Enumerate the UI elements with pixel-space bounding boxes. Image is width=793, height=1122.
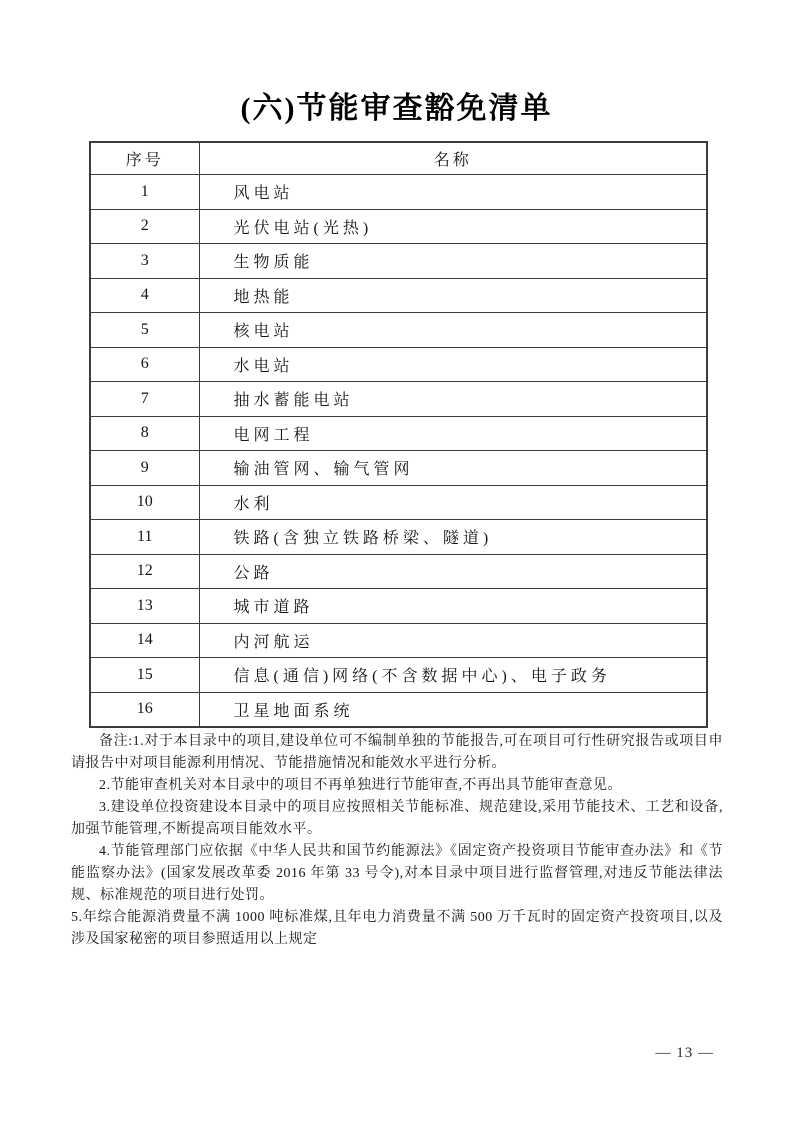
table-body: 1风电站2光伏电站(光热)3生物质能4地热能5核电站6水电站7抽水蓄能电站8电网… xyxy=(90,175,707,728)
row-serial-number: 5 xyxy=(90,313,199,348)
row-serial-number: 15 xyxy=(90,658,199,693)
row-name: 水电站 xyxy=(199,347,707,382)
note-paragraph: 3.建设单位投资建设本目录中的项目应按照相关节能标准、规范建设,采用节能技术、工… xyxy=(71,797,723,841)
row-serial-number: 4 xyxy=(90,278,199,313)
row-name: 抽水蓄能电站 xyxy=(199,382,707,417)
table-row: 5核电站 xyxy=(90,313,707,348)
table-row: 15信息(通信)网络(不含数据中心)、电子政务 xyxy=(90,658,707,693)
note-paragraph: 备注:1.对于本目录中的项目,建设单位可不编制单独的节能报告,可在项目可行性研究… xyxy=(71,731,723,775)
row-name: 输油管网、输气管网 xyxy=(199,451,707,486)
table-row: 3生物质能 xyxy=(90,244,707,279)
row-serial-number: 1 xyxy=(90,175,199,210)
row-serial-number: 3 xyxy=(90,244,199,279)
page-title: (六)节能审查豁免清单 xyxy=(0,83,793,127)
row-serial-number: 9 xyxy=(90,451,199,486)
row-name: 卫星地面系统 xyxy=(199,692,707,727)
row-name: 信息(通信)网络(不含数据中心)、电子政务 xyxy=(199,658,707,693)
row-name: 公路 xyxy=(199,554,707,589)
page-number: — 13 — xyxy=(656,1045,715,1062)
table-row: 8电网工程 xyxy=(90,416,707,451)
header-name: 名称 xyxy=(199,142,707,175)
table-row: 4地热能 xyxy=(90,278,707,313)
table-row: 11铁路(含独立铁路桥梁、隧道) xyxy=(90,520,707,555)
table-row: 14内河航运 xyxy=(90,623,707,658)
row-name: 核电站 xyxy=(199,313,707,348)
row-serial-number: 10 xyxy=(90,485,199,520)
note-paragraph: 4.节能管理部门应依据《中华人民共和国节约能源法》《固定资产投资项目节能审查办法… xyxy=(71,841,723,907)
row-serial-number: 12 xyxy=(90,554,199,589)
table-row: 10水利 xyxy=(90,485,707,520)
row-serial-number: 14 xyxy=(90,623,199,658)
table-row: 13城市道路 xyxy=(90,589,707,624)
table-header-row: 序号 名称 xyxy=(90,142,707,175)
table-row: 1风电站 xyxy=(90,175,707,210)
document-page: (六)节能审查豁免清单 序号 名称 1风电站2光伏电站(光热)3生物质能4地热能… xyxy=(0,0,793,1122)
row-name: 城市道路 xyxy=(199,589,707,624)
table-row: 9输油管网、输气管网 xyxy=(90,451,707,486)
note-paragraph: 5.年综合能源消费量不满 1000 吨标准煤,且年电力消费量不满 500 万千瓦… xyxy=(71,907,723,951)
row-name: 光伏电站(光热) xyxy=(199,209,707,244)
row-serial-number: 11 xyxy=(90,520,199,555)
row-serial-number: 13 xyxy=(90,589,199,624)
row-name: 水利 xyxy=(199,485,707,520)
row-serial-number: 16 xyxy=(90,692,199,727)
row-name: 内河航运 xyxy=(199,623,707,658)
row-serial-number: 7 xyxy=(90,382,199,417)
row-serial-number: 2 xyxy=(90,209,199,244)
row-name: 铁路(含独立铁路桥梁、隧道) xyxy=(199,520,707,555)
table-row: 6水电站 xyxy=(90,347,707,382)
note-paragraph: 2.节能审查机关对本目录中的项目不再单独进行节能审查,不再出具节能审查意见。 xyxy=(71,775,723,797)
exemption-table: 序号 名称 1风电站2光伏电站(光热)3生物质能4地热能5核电站6水电站7抽水蓄… xyxy=(89,141,708,728)
table-row: 2光伏电站(光热) xyxy=(90,209,707,244)
row-serial-number: 8 xyxy=(90,416,199,451)
row-name: 生物质能 xyxy=(199,244,707,279)
table-row: 12公路 xyxy=(90,554,707,589)
table-row: 16卫星地面系统 xyxy=(90,692,707,727)
row-serial-number: 6 xyxy=(90,347,199,382)
notes-section: 备注:1.对于本目录中的项目,建设单位可不编制单独的节能报告,可在项目可行性研究… xyxy=(71,731,723,951)
row-name: 地热能 xyxy=(199,278,707,313)
table-row: 7抽水蓄能电站 xyxy=(90,382,707,417)
row-name: 电网工程 xyxy=(199,416,707,451)
header-serial-number: 序号 xyxy=(90,142,199,175)
row-name: 风电站 xyxy=(199,175,707,210)
